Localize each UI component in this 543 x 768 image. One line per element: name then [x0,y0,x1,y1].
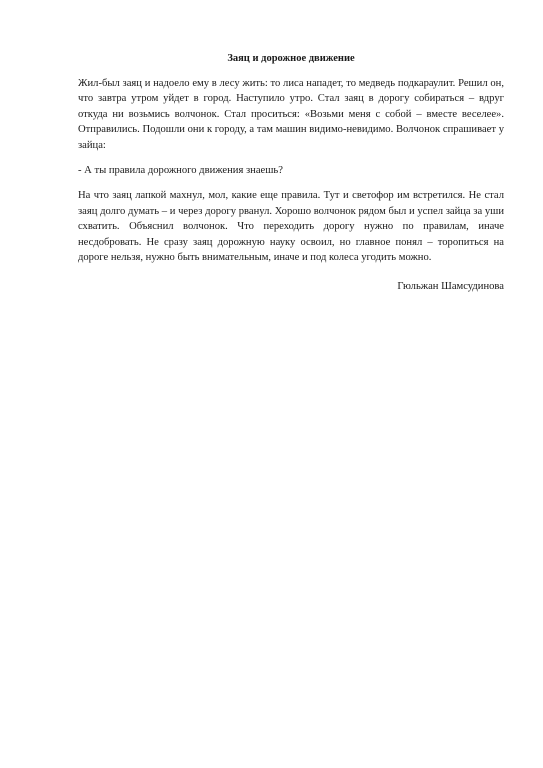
document-title: Заяц и дорожное движение [78,52,504,66]
paragraph-dialog: - А ты правила дорожного движения знаешь… [78,163,504,178]
author-signature: Гюльжан Шамсудинова [78,279,504,294]
paragraph-intro: Жил-был заяц и надоело ему в лесу жить: … [78,76,504,153]
document-page: Заяц и дорожное движение Жил-был заяц и … [78,52,504,294]
paragraph-conclusion: На что заяц лапкой махнул, мол, какие ещ… [78,188,504,265]
